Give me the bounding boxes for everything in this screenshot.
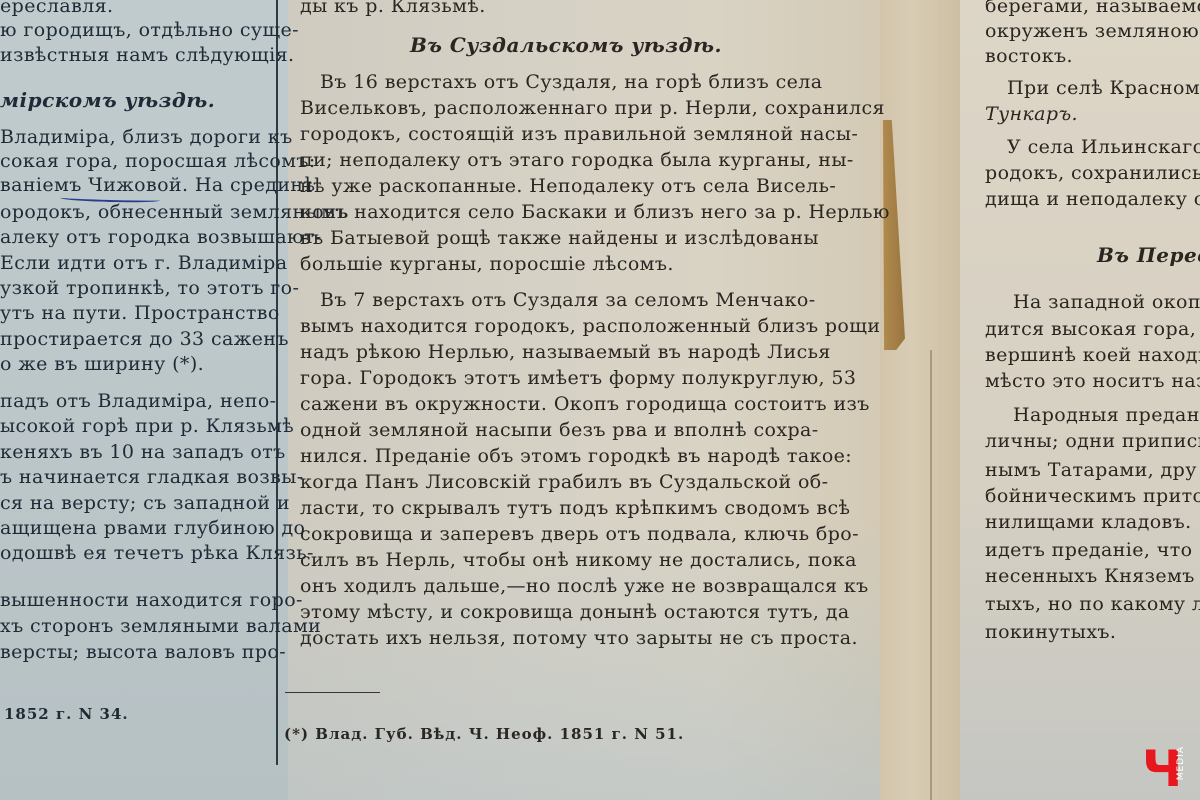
- section-heading: Въ Перес: [1097, 243, 1200, 267]
- paragraph-line: достать ихъ нельзя, потому что зарыты не…: [300, 626, 858, 650]
- text-line: нилищами кладовъ.: [985, 510, 1192, 534]
- section-heading: мірскомъ уѣздѣ.: [0, 88, 215, 112]
- paragraph-line: надъ рѣкою Нерлью, называемый въ народѣ …: [300, 340, 831, 364]
- paragraph-line: ковъ находится село Баскаки и близъ него…: [300, 200, 890, 224]
- text-line: дится высокая гора,: [985, 317, 1196, 341]
- text-line: простирается до 33 саженъ: [0, 327, 289, 351]
- section-heading: Въ Суздальскомъ уѣздѣ.: [410, 33, 722, 57]
- text-line: востокъ.: [985, 44, 1073, 68]
- text-line: ородокъ, обнесенный землянымъ: [0, 200, 349, 224]
- text-line: сокая гора, поросшая лѣсомъ:: [0, 149, 316, 173]
- text-line: бойническимъ притон: [985, 484, 1200, 508]
- paragraph-line: вымъ находится городокъ, расположенный б…: [300, 314, 880, 338]
- tear-crease: [930, 350, 932, 800]
- paragraph-line: этому мѣсту, и сокровища донынѣ остаются…: [300, 600, 850, 624]
- text-line: вышенности находится горо-: [0, 588, 303, 612]
- text-line: покинутыхъ.: [985, 620, 1116, 644]
- paragraph-line: большіе курганы, поросшіе лѣсомъ.: [300, 252, 674, 276]
- text-line: родокъ, сохранились: [985, 161, 1200, 185]
- paragraph-line: когда Панъ Лисовскій грабилъ въ Суздальс…: [300, 470, 828, 494]
- paragraph-line: нѣ уже раскопанные. Неподалеку отъ села …: [300, 174, 836, 198]
- paragraph-line: сажени въ окружности. Окопъ городища сос…: [300, 392, 870, 416]
- text-line: узкой тропинкѣ, то этотъ го-: [0, 276, 299, 300]
- paragraph-line: городокъ, состоящій изъ правильной земля…: [300, 122, 858, 146]
- footnote-rule: [285, 692, 380, 693]
- footnote: (*) Влад. Губ. Вѣд. Ч. Неоф. 1851 г. N 5…: [284, 722, 684, 746]
- text-line: ды къ р. Клязьмѣ.: [300, 0, 486, 18]
- paragraph-line: сокровища и заперевъ дверь отъ подвала, …: [300, 522, 859, 546]
- text-line: Владиміра, близъ дороги къ: [0, 125, 293, 149]
- text-line: версты; высота валовъ про-: [0, 640, 286, 664]
- paragraph-line: Въ 7 верстахъ отъ Суздаля за селомъ Менч…: [320, 288, 816, 312]
- text-line: тыхъ, но по какому л: [985, 592, 1200, 616]
- text-line: ваніемъ Чижовой. На срединѣ: [0, 173, 315, 197]
- text-line: хъ сторонъ земляными валами: [0, 614, 321, 638]
- text-line: У села Ильинскаго: [1007, 135, 1200, 159]
- text-line: берегами, называемомъ: [985, 0, 1200, 18]
- text-line: извѣстныя намъ слѣдующія.: [0, 43, 294, 67]
- text-line: несенныхъ Княземъ н: [985, 564, 1200, 588]
- page-fold: [880, 0, 960, 800]
- text-line: кеняхъ въ 10 на западъ отъ: [0, 440, 286, 464]
- paragraph-line: Висельковъ, расположеннаго при р. Нерли,…: [300, 96, 885, 120]
- text-line: одошвѣ ея течетъ рѣка Клязь-: [0, 541, 314, 565]
- text-line: вершинѣ коей находи: [985, 343, 1200, 367]
- paragraph-line: гора. Городокъ этотъ имѣетъ форму полукр…: [300, 366, 856, 390]
- text-line: утъ на пути. Пространство: [0, 301, 280, 325]
- text-line: идетъ преданіе, что: [985, 538, 1193, 562]
- text-line: мѣсто это носитъ назва: [985, 369, 1200, 393]
- text-line: дища и неподалеку от: [985, 187, 1200, 211]
- paragraph-line: въ Батыевой рощѣ также найдены и изслѣдо…: [300, 226, 819, 250]
- paragraph-line: Въ 16 верстахъ отъ Суздаля, на горѣ близ…: [320, 70, 822, 94]
- paragraph-line: силъ въ Нерль, чтобы онѣ никому не доста…: [300, 548, 857, 572]
- text-line: ся на версту; съ западной и: [0, 491, 290, 515]
- footnote: 1852 г. N 34.: [4, 702, 129, 726]
- text-line: нымъ Татарами, дру: [985, 458, 1197, 482]
- text-line: окруженъ земляною ос: [985, 19, 1200, 43]
- media-watermark: Ч MEDIA: [1142, 744, 1194, 796]
- paragraph-line: ласти, то скрывалъ тутъ подъ крѣпкимъ св…: [300, 496, 850, 520]
- text-line: Если идти отъ г. Владиміра: [0, 251, 287, 275]
- text-line: ысокой горѣ при р. Клязьмѣ: [0, 414, 294, 438]
- text-line: При селѣ Красномъ: [1007, 76, 1200, 100]
- text-line: алеку отъ городка возвышают-: [0, 225, 322, 249]
- paragraph-line: одной земляной насыпи безъ рва и вполнѣ …: [300, 418, 819, 442]
- text-line: ереславля.: [0, 0, 113, 18]
- text-line: о же въ ширину (*).: [0, 352, 204, 376]
- text-line: падъ отъ Владиміра, непо-: [0, 389, 276, 413]
- paragraph-line: пи; неподалеку отъ этаго городка была ку…: [300, 148, 854, 172]
- paragraph-line: онъ ходилъ дальше,—но послѣ уже не возвр…: [300, 574, 869, 598]
- text-line: На западной окопе: [1013, 290, 1200, 314]
- text-line: ю городищъ, отдѣльно суще-: [0, 18, 299, 42]
- logo-text: MEDIA: [1176, 746, 1186, 780]
- text-line: ъ начинается гладкая возвы-: [0, 465, 304, 489]
- paragraph-line: нился. Преданіе объ этомъ городкѣ въ нар…: [300, 444, 852, 468]
- text-line: Народныя преданія: [1013, 403, 1200, 427]
- text-line: ащищена рвами глубиною до: [0, 516, 305, 540]
- text-line: Тункаръ.: [985, 102, 1078, 126]
- text-line: личны; одни приписы: [985, 429, 1200, 453]
